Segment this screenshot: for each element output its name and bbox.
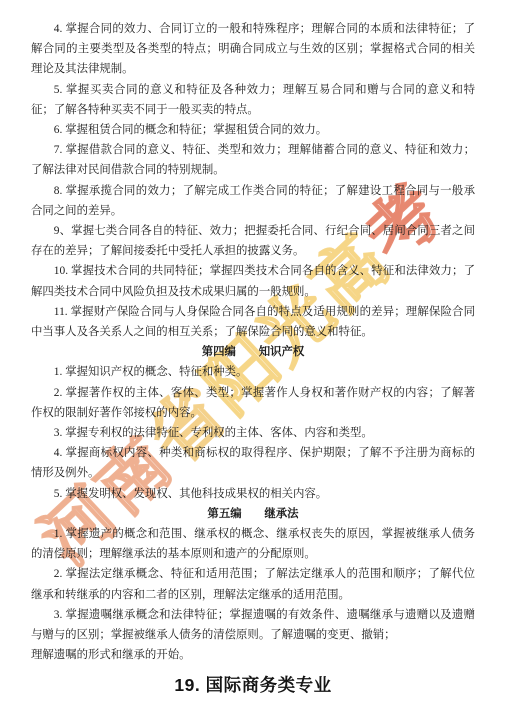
document-paragraph: 2. 掌握著作权的主体、客体、类型；掌握著作人身权和著作财产权的内容；了解著作权… bbox=[31, 383, 475, 423]
section-heading: 第五编 继承法 bbox=[31, 504, 475, 524]
section-heading: 第四编 知识产权 bbox=[31, 342, 475, 362]
document-paragraph: 8. 掌握承揽合同的效力；了解完成工作类合同的特征；了解建设工程合同与一般承合同… bbox=[31, 181, 475, 221]
document-paragraph: 4. 掌握商标权内容、种类和商标权的取得程序、保护期限；了解不予注册为商标的情形… bbox=[31, 443, 475, 483]
next-chapter-title: 19. 国际商务类专业 bbox=[0, 672, 506, 697]
document-paragraph: 2. 掌握法定继承概念、特征和适用范围；了解法定继承人的范围和顺序；了解代位继承… bbox=[31, 564, 475, 604]
document-paragraph: 6. 掌握租赁合同的概念和特征；掌握租赁合同的效力。 bbox=[31, 120, 475, 140]
document-paragraph: 9、掌握七类合同各自的特征、效力；把握委托合同、行纪合同、居间合同三者之间存在的… bbox=[31, 221, 475, 261]
document-paragraph: 5. 掌握买卖合同的意义和特征及各种效力；理解互易合同和赠与合同的意义和特征；了… bbox=[31, 80, 475, 120]
document-paragraph: 理解遗嘱的形式和继承的开始。 bbox=[31, 645, 475, 665]
document-paragraph: 3. 掌握遗嘱继承概念和法律特征；掌握遗嘱的有效条件、遗嘱继承与遗赠以及遗赠与赠… bbox=[31, 605, 475, 645]
document-paragraph: 5. 掌握发明权、发现权、其他科技成果权的相关内容。 bbox=[31, 484, 475, 504]
document-paragraph: 4. 掌握合同的效力、合同订立的一般和特殊程序；理解合同的本质和法律特征；了解合… bbox=[31, 19, 475, 80]
document-paragraph: 3. 掌握专利权的法律特征、专利权的主体、客体、内容和类型。 bbox=[31, 423, 475, 443]
document-paragraph: 10. 掌握技术合同的共同特征；掌握四类技术合同各自的含义、特征和法律效力；了解… bbox=[31, 261, 475, 301]
document-paragraph: 1. 掌握遗产的概念和范围、继承权的概念、继承权丧失的原因，掌握被继承人债务的清… bbox=[31, 524, 475, 564]
document-page: 河南省阳光高考 4. 掌握合同的效力、合同订立的一般和特殊程序；理解合同的本质和… bbox=[0, 0, 506, 721]
document-paragraph: 11. 掌握财产保险合同与人身保险合同各自的特点及适用规则的差异；理解保险合同中… bbox=[31, 302, 475, 342]
document-content: 4. 掌握合同的效力、合同订立的一般和特殊程序；理解合同的本质和法律特征；了解合… bbox=[0, 0, 506, 666]
document-paragraph: 7. 掌握借款合同的意义、特征、类型和效力；理解储蓄合同的意义、特征和效力；了解… bbox=[31, 140, 475, 180]
document-paragraph: 1. 掌握知识产权的概念、特征和种类。 bbox=[31, 362, 475, 382]
